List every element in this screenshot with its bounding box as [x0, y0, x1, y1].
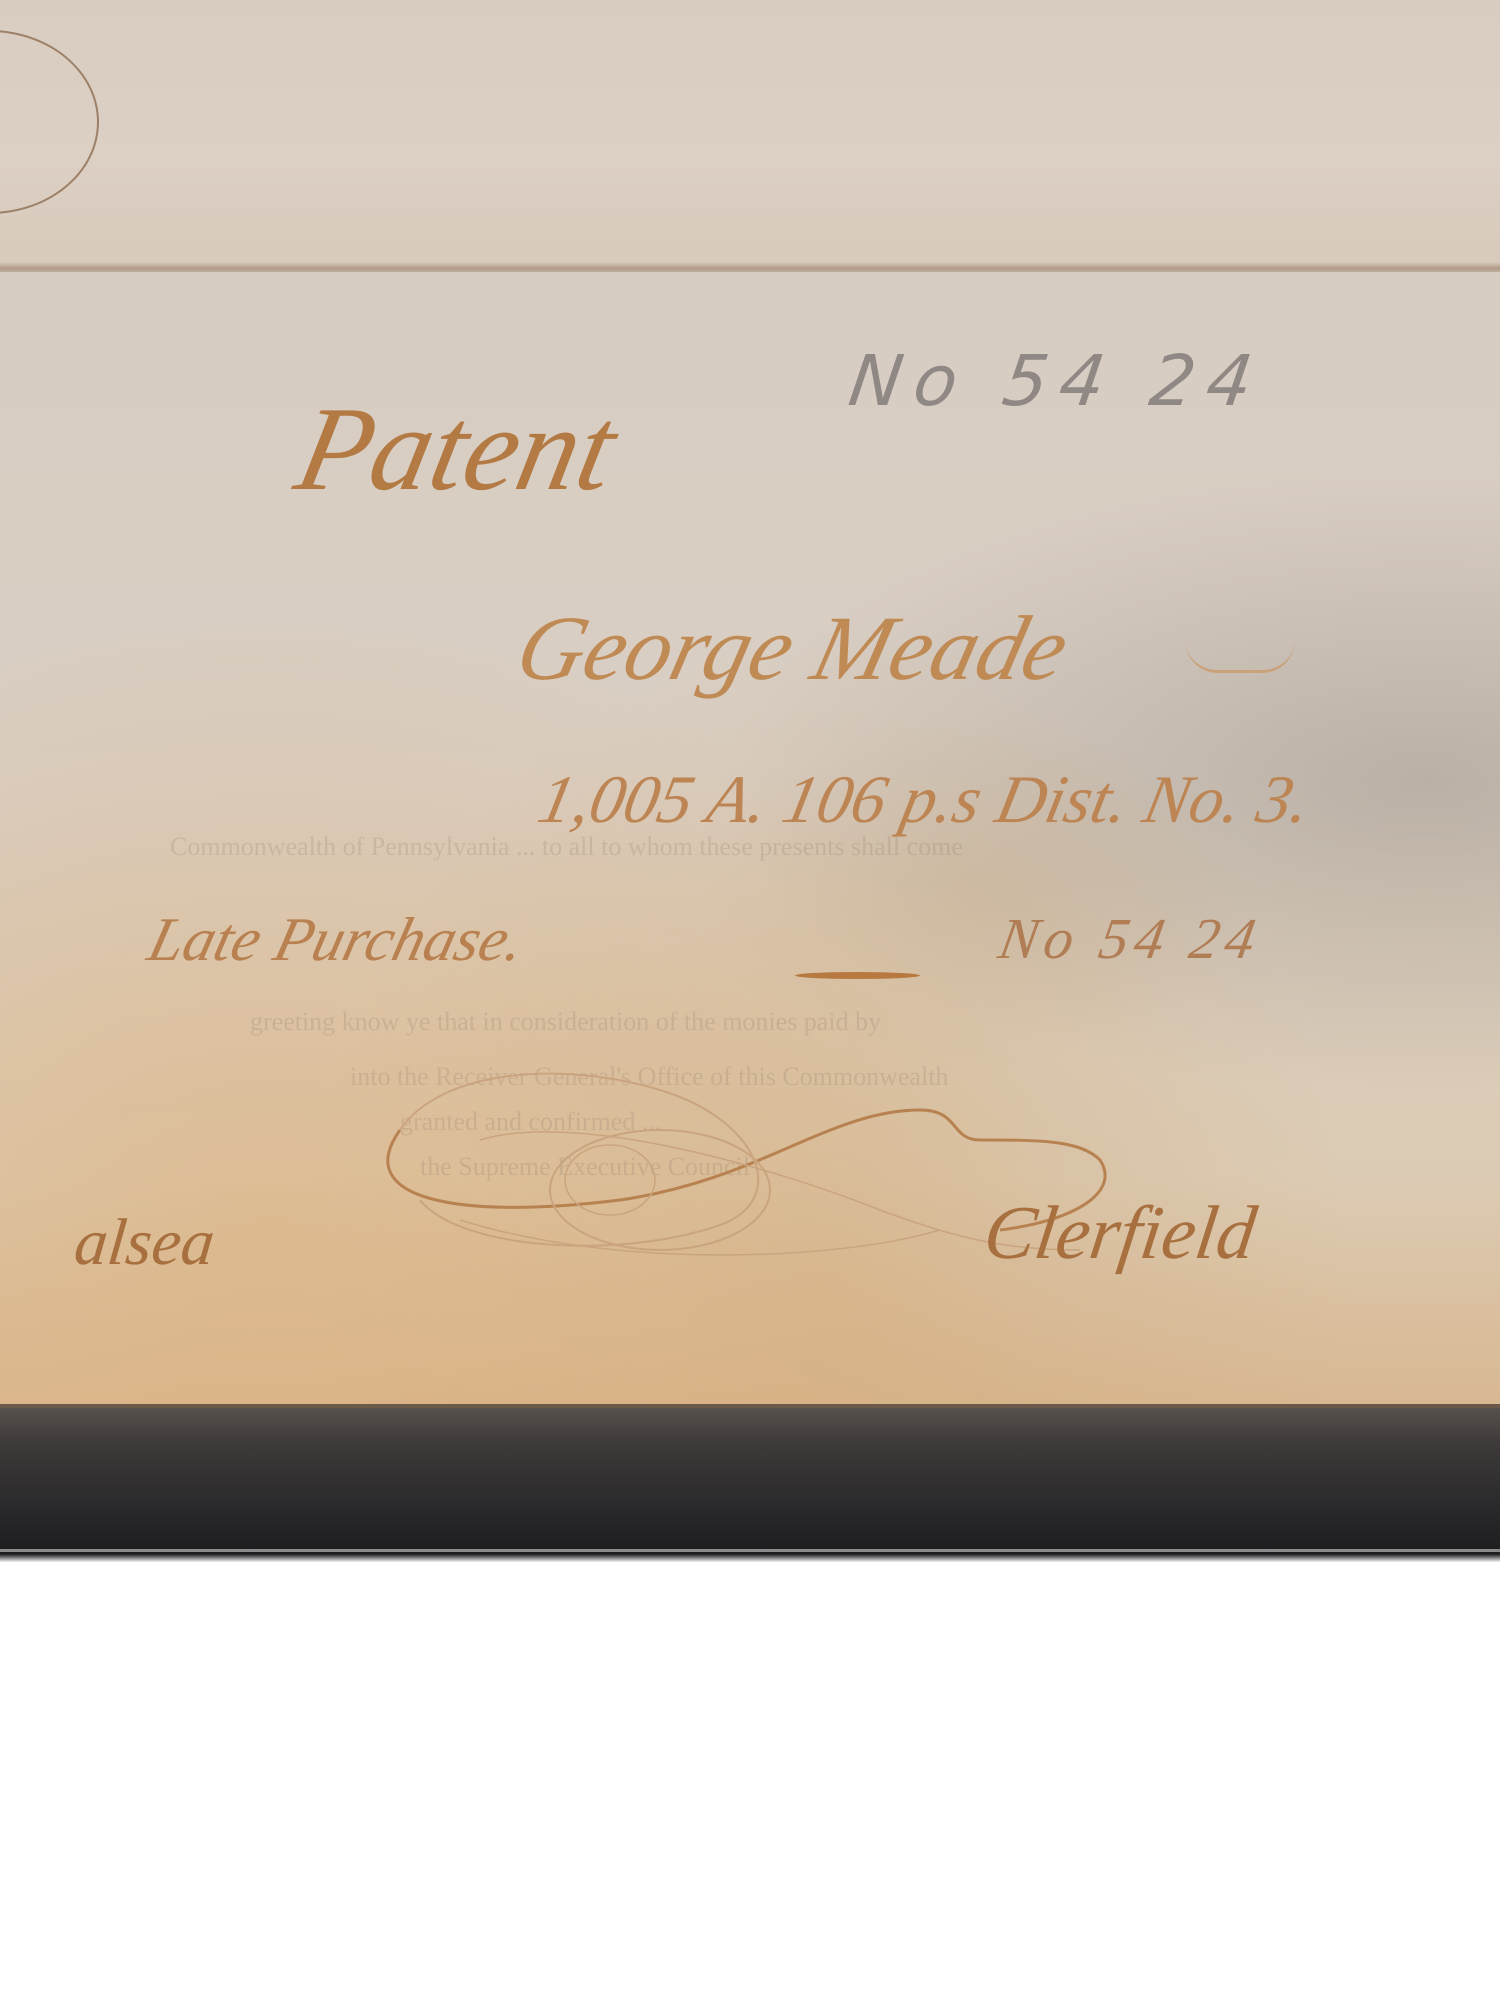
faded-text-line: greeting know ye that in consideration o…	[250, 1007, 881, 1037]
pencil-reference-number: No 54 24	[844, 340, 1269, 422]
dash-separator	[795, 972, 920, 979]
purchase-number: No 54 24	[994, 905, 1267, 972]
top-fold-flap	[0, 0, 1500, 272]
signature-left: alsea	[71, 1205, 218, 1281]
document-photo: Commonwealth of Pennsylvania ... to all …	[0, 0, 1500, 1562]
name-flourish	[1185, 640, 1295, 673]
grantee-name: George Meade	[507, 595, 1079, 701]
document-title: Patent	[285, 380, 628, 518]
frame-edge	[0, 1404, 1500, 1562]
purchase-label: Late Purchase.	[141, 905, 532, 976]
seal-outline	[0, 30, 99, 214]
land-description: 1,005 A. 106 p.s Dist. No. 3.	[532, 760, 1318, 839]
signature-right: Clerfield	[979, 1190, 1261, 1277]
